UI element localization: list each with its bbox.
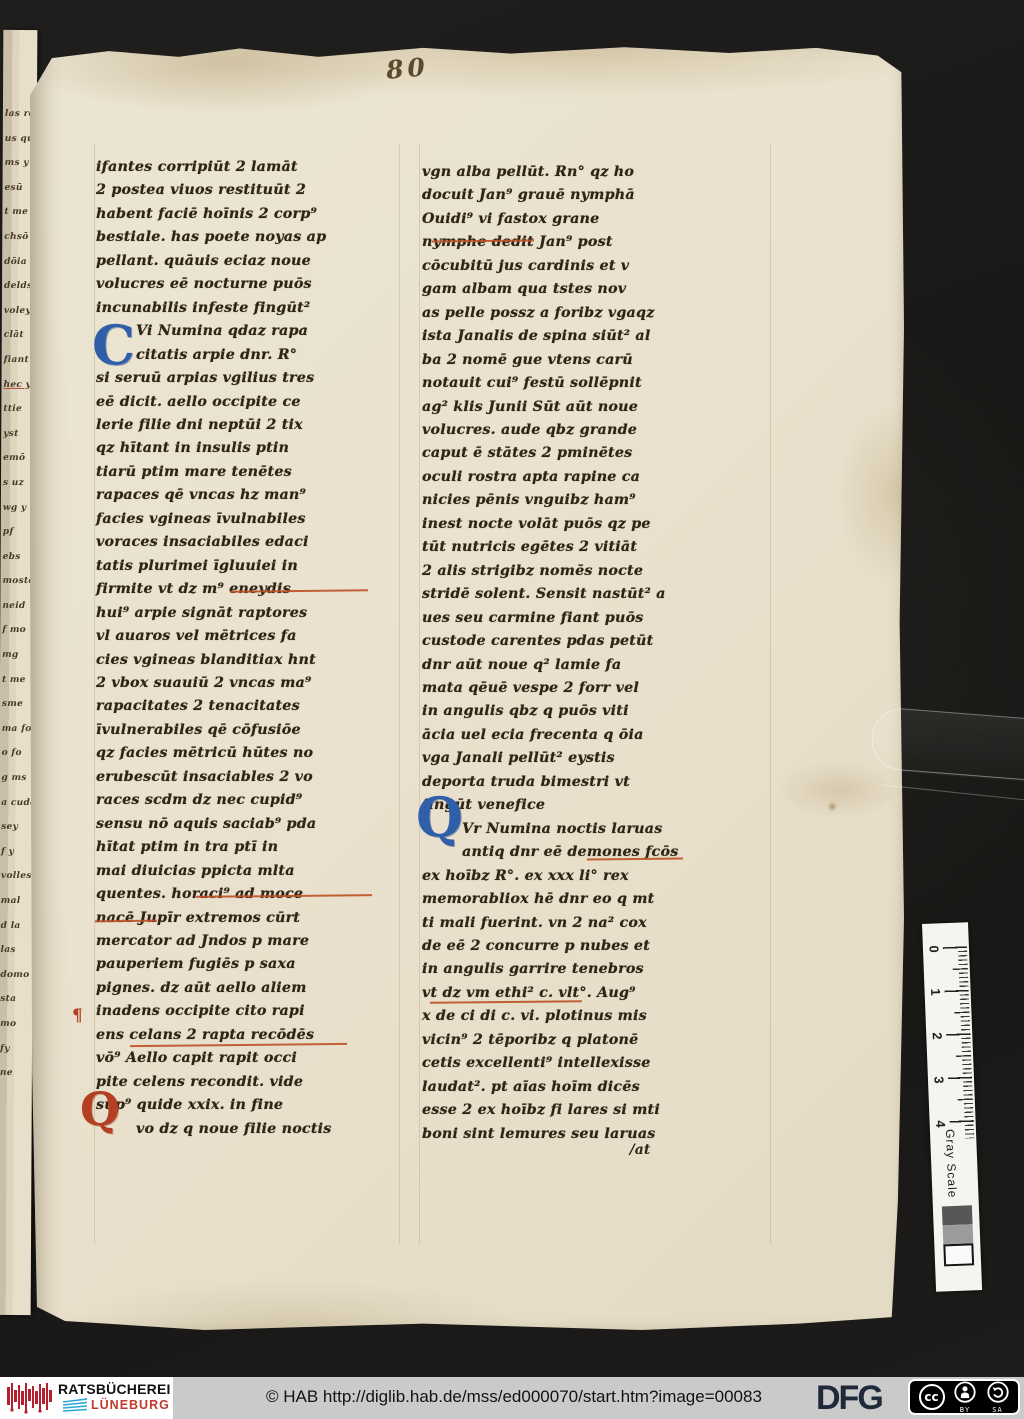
- manuscript-line: voraces insaciabiles edaci: [96, 531, 402, 554]
- manuscript-line: vo dz q noue filie noctis: [96, 1118, 402, 1141]
- ruler-number: 3: [931, 1072, 947, 1089]
- margin-fragment: o fo: [2, 741, 34, 766]
- margin-fragment: domo: [0, 963, 32, 988]
- margin-fragment: mg: [2, 643, 34, 668]
- manuscript-line: cetis excellenti⁹ intellexisse: [422, 1052, 774, 1075]
- manuscript-line: ba 2 nomē gue vtens carū: [422, 349, 774, 372]
- margin-fragment: sme: [2, 692, 34, 717]
- cc-logo-icon: cc: [919, 1384, 945, 1410]
- margin-fragment: d la: [1, 914, 33, 939]
- ruling-line: [419, 144, 420, 1244]
- copyright-url-text: © HAB http://diglib.hab.de/mss/ed000070/…: [266, 1387, 762, 1407]
- manuscript-line: volucres. aude qbz grande: [422, 419, 774, 442]
- manuscript-line: ues seu carmine fiant puōs: [422, 607, 774, 630]
- manuscript-line: eē dicit. aello occipite ce: [96, 391, 402, 414]
- margin-fragment: ma fo: [2, 717, 34, 742]
- gray-patch-mid: [943, 1224, 974, 1244]
- manuscript-line: nicies pēnis vnguibz ham⁹: [422, 489, 774, 512]
- ruler-number: 0: [926, 941, 942, 958]
- creative-commons-badge: cc BY SA: [908, 1379, 1020, 1415]
- manuscript-line: facies vgineas īvulnabiles: [96, 508, 402, 531]
- margin-fragment: mostē: [2, 569, 34, 594]
- manuscript-line: docuit Jan⁹ grauē nymphā: [422, 184, 774, 207]
- manuscript-line: qz facies mētricū hūtes no: [96, 742, 402, 765]
- manuscript-line: qz hītant in insulis ptin: [96, 437, 402, 460]
- margin-fragment: fy: [0, 1036, 32, 1061]
- grayscale-patches: [942, 1205, 976, 1266]
- manuscript-line: mata qēuē vespe 2 forr vel: [422, 677, 774, 700]
- manuscript-line: as pelle possz a foribz vgaqz: [422, 302, 774, 325]
- manuscript-line: si seruū arpias vgilius tres: [96, 367, 402, 390]
- margin-fragment: g ms: [1, 766, 33, 791]
- margin-fragment: a cude: [1, 791, 33, 816]
- manuscript-line: memorabliox hē dnr eo q mt: [422, 888, 774, 911]
- manuscript-line: inest nocte volāt puōs qz pe: [422, 513, 774, 536]
- manuscript-line: incunabilis infeste fingūt²: [96, 297, 402, 320]
- manuscript-line: oculi rostra apta rapine ca: [422, 466, 774, 489]
- illuminated-initial-red: Q: [80, 1086, 120, 1132]
- manuscript-line: 2 alis strigibz nomēs nocte: [422, 560, 774, 583]
- manuscript-line: x de ci di c. vi. plotinus mis: [422, 1005, 774, 1028]
- margin-fragment: neid: [2, 594, 34, 619]
- manuscript-line: pignes. dz aūt aello aliem: [96, 977, 402, 1000]
- manuscript-line: caput ē stātes 2 pminētes: [422, 442, 774, 465]
- manuscript-line: ista Janalis de spina siūt² al: [422, 325, 774, 348]
- cc-sa-label: SA: [992, 1406, 1002, 1414]
- manuscript-line: vl auaros vel mētrices fa: [96, 625, 402, 648]
- manuscript-line: ex hoībz R°. ex xxx li° rex: [422, 865, 774, 888]
- manuscript-line: fingūt venefice: [422, 794, 774, 817]
- manuscript-line: bestiale. has poete noyas ap: [96, 226, 402, 249]
- ruler-number: 2: [930, 1028, 946, 1045]
- manuscript-line: Vr Numina noctis laruas: [422, 818, 774, 841]
- manuscript-line: antiq dnr eē demones fcōs: [422, 841, 774, 864]
- gray-patch-white: [943, 1243, 974, 1266]
- margin-fragment: ne: [0, 1061, 32, 1086]
- gray-patch-dark: [942, 1205, 973, 1225]
- margin-fragment: ebs: [3, 545, 35, 570]
- margin-fragment: f y: [1, 840, 33, 865]
- manuscript-line: vgn alba pellūt. Rn° qz ho: [422, 161, 774, 184]
- library-name-line2: LÜNEBURG: [91, 1398, 170, 1412]
- manuscript-line: īvulnerabiles qē cōfusiōe: [96, 719, 402, 742]
- margin-fragment: f mo: [2, 618, 34, 643]
- illuminated-initial-blue: C: [92, 318, 135, 372]
- grayscale-label: Gray Scale: [943, 1129, 960, 1199]
- margin-fragment: volles: [1, 864, 33, 889]
- cc-by-label: BY: [960, 1406, 970, 1414]
- margin-fragment: pf: [3, 520, 35, 545]
- manuscript-line: de eē 2 concurre p nubes et: [422, 935, 774, 958]
- illuminated-initial-blue: Q: [416, 790, 463, 844]
- margin-fragment: sey: [1, 815, 33, 840]
- lueneburg-book-icon: [62, 1398, 88, 1412]
- manuscript-line: erubescūt insaciables 2 vo: [96, 766, 402, 789]
- manuscript-line: lerie filie dni neptūi 2 tix: [96, 414, 402, 437]
- cc-sa-icon: SA: [986, 1381, 1010, 1414]
- manuscript-line: nacē Jupīr extremos cūrt: [96, 907, 402, 930]
- library-name-line1: RATSBÜCHEREI: [58, 1381, 171, 1397]
- manuscript-line: mercator ad Jndos p mare: [96, 930, 402, 953]
- manuscript-line: in angulis qbz q puōs viti: [422, 700, 774, 723]
- manuscript-line: vicin⁹ 2 tēporibz q platonē: [422, 1029, 774, 1052]
- manuscript-line: vō⁹ Aello capit rapit occi: [96, 1047, 402, 1070]
- text-column-right: vgn alba pellūt. Rn° qz hodocuit Jan⁹ gr…: [422, 161, 774, 1146]
- footer-bar: RATSBÜCHEREI LÜNEBURG © HAB http://digli…: [0, 1377, 1024, 1419]
- margin-fragment: las: [0, 938, 32, 963]
- manuscript-line: tūt nutricis egētes 2 vitiāt: [422, 536, 774, 559]
- manuscript-line: laudat². pt aīas hoīm dicēs: [422, 1076, 774, 1099]
- manuscript-line: races scdm dz nec cupid⁹: [96, 789, 402, 812]
- manuscript-line: 2 postea viuos restituūt 2: [96, 179, 402, 202]
- manuscript-line: ag² klis Junii Sūt aūt noue: [422, 396, 774, 419]
- manuscript-line: gam albam qua tstes nov: [422, 278, 774, 301]
- cc-by-icon: BY: [953, 1381, 977, 1414]
- margin-fragment: t me: [2, 668, 34, 693]
- manuscript-line: dnr aūt noue q² lamie fa: [422, 654, 774, 677]
- manuscript-line: stridē solent. Sensit nastūt² a: [422, 583, 774, 606]
- manuscript-line: rapacitates 2 tenacitates: [96, 695, 402, 718]
- manuscript-line: ifantes corripiūt 2 lamāt: [96, 156, 402, 179]
- margin-fragment: sta: [0, 987, 32, 1012]
- dfg-logo: DFG: [816, 1379, 882, 1418]
- manuscript-line: rapaces qē vncas hz man⁹: [96, 484, 402, 507]
- manuscript-line: deporta truda bimestri vt: [422, 771, 774, 794]
- manuscript-line: tatis plurimei īgluuiei in: [96, 555, 402, 578]
- manuscript-line: sensu nō aquis saciab⁹ pda: [96, 813, 402, 836]
- manuscript-line: pellant. quāuis eciaz noue: [96, 250, 402, 273]
- library-name: RATSBÜCHEREI LÜNEBURG: [58, 1381, 171, 1412]
- manuscript-line: habent faciē hoīnis 2 corp⁹: [96, 203, 402, 226]
- manuscript-line: Ouidi⁹ vi fastox grane: [422, 208, 774, 231]
- folio-number: 80: [385, 52, 430, 85]
- manuscript-line: notauit cui⁹ festū sollēpnit: [422, 372, 774, 395]
- manuscript-line: cōcubitū jus cardinis et v: [422, 255, 774, 278]
- margin-fragment: mal: [1, 889, 33, 914]
- manuscript-line: nymphe dedit Jan⁹ post: [422, 231, 774, 254]
- manuscript-line: Vi Numina qdaz rapa: [96, 320, 402, 343]
- manuscript-line: sup⁹ quide xxix. in fine: [96, 1094, 402, 1117]
- manuscript-line: custode carentes pdas petūt: [422, 630, 774, 653]
- manuscript-line: in angulis garrire tenebros: [422, 958, 774, 981]
- manuscript-line: ti mali fuerint. vn 2 na² cox: [422, 912, 774, 935]
- manuscript-line: hui⁹ arpie signāt raptores: [96, 602, 402, 625]
- rubric-paragraph-mark: ¶: [72, 1008, 83, 1025]
- manuscript-line: esse 2 ex hoībz fi lares si mti: [422, 1099, 774, 1122]
- manuscript-line: mai diuicias ppicta mlta: [96, 860, 402, 883]
- ruling-line: [94, 144, 95, 1244]
- ratsbuecherei-logo-box: RATSBÜCHEREI LÜNEBURG: [0, 1377, 173, 1419]
- manuscript-line: ācia uel ecia frecenta q ōia: [422, 724, 774, 747]
- manuscript-line: tiarū ptim mare tenētes: [96, 461, 402, 484]
- manuscript-line: volucres eē nocturne puōs: [96, 273, 402, 296]
- manuscript-line: vga Janali pellūt² eystis: [422, 747, 774, 770]
- manuscript-line: inadens occipite cito rapi: [96, 1000, 402, 1023]
- margin-fragment: mo: [0, 1012, 32, 1037]
- manuscript-line: hītat ptim in tra ptī in: [96, 836, 402, 859]
- ruler-number: 1: [928, 984, 944, 1001]
- text-column-left: ifantes corripiūt 2 lamāt2 postea viuos …: [96, 156, 402, 1141]
- catchword: /at: [570, 1142, 710, 1158]
- manuscript-line: pauperiem fugiēs p saxa: [96, 953, 402, 976]
- manuscript-line: citatis arpie dnr. R°: [96, 344, 402, 367]
- manuscript-line: 2 vbox suauiū 2 vncas ma⁹: [96, 672, 402, 695]
- manuscript-page: 80 ifantes corripiūt 2 lamāt2 postea viu…: [30, 44, 904, 1330]
- manuscript-line: cies vgineas blanditiax hnt: [96, 649, 402, 672]
- ratsbuecherei-bars-icon: [6, 1381, 54, 1415]
- manuscript-line: pite celens recondit. vide: [96, 1071, 402, 1094]
